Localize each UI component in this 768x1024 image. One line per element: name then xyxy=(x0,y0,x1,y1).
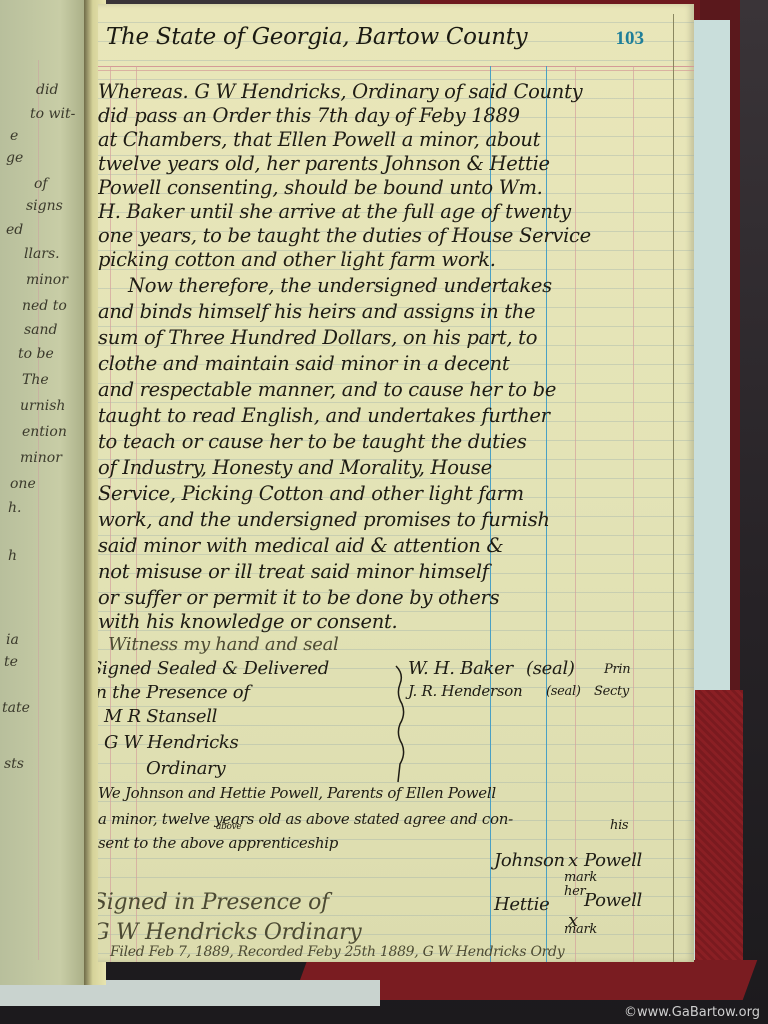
signed-presence-line: Signed in Presence of xyxy=(98,890,329,915)
left-fragment: sts xyxy=(4,756,24,772)
left-fragment: to wit- xyxy=(30,106,75,122)
body-line: twelve years old, her parents Johnson & … xyxy=(98,152,550,175)
left-page-margin-line xyxy=(38,60,39,960)
body-line: sum of Three Hundred Dollars, on his par… xyxy=(98,326,537,349)
left-fragment: signs xyxy=(26,198,63,214)
left-fragment: one xyxy=(10,476,36,492)
watermark: ©www.GaBartow.org xyxy=(624,1005,760,1020)
body-line: Service, Picking Cotton and other light … xyxy=(98,482,524,505)
left-fragment: h. xyxy=(8,500,21,516)
signatory-seal: (seal) xyxy=(546,684,581,699)
left-fragment: urnish xyxy=(20,398,65,414)
body-line: Now therefore, the undersigned undertake… xyxy=(128,274,552,297)
left-page: did to wit- e ge of signs ed llars. mino… xyxy=(0,0,86,985)
body-line: picking cotton and other light farm work… xyxy=(98,248,496,271)
signatory-seal: (seal) xyxy=(526,658,575,679)
page-number: 103 xyxy=(616,28,645,50)
mark-label: mark xyxy=(564,922,597,937)
body-line: at Chambers, that Ellen Powell a minor, … xyxy=(98,128,540,151)
signed-label: Signed Sealed & Delivered xyxy=(98,658,329,679)
body-line: clothe and maintain said minor in a dece… xyxy=(98,352,509,375)
witness-line: Witness my hand and seal xyxy=(108,634,338,655)
column-rule-red xyxy=(575,66,576,962)
consent-line: We Johnson and Hettie Powell, Parents of… xyxy=(98,784,496,802)
body-line: Powell consenting, should be bound unto … xyxy=(98,176,543,199)
mark-label: his xyxy=(610,818,628,833)
left-fragment: of xyxy=(34,176,48,192)
ledger-page: 103 The State of Georgia, Bartow County … xyxy=(98,4,694,962)
body-line: of Industry, Honesty and Morality, House xyxy=(98,456,492,479)
header-rule xyxy=(98,66,694,67)
consent-insert: above xyxy=(216,822,241,832)
page-edge-rule xyxy=(673,14,674,962)
left-fragment: ed xyxy=(6,222,23,238)
left-fragment: llars. xyxy=(24,246,60,262)
signatory-role: Secty xyxy=(594,684,629,699)
body-line: and binds himself his heirs and assigns … xyxy=(98,300,535,323)
mark-label: her xyxy=(564,884,585,899)
left-fragment: ned to xyxy=(22,298,67,314)
body-line: not misuse or ill treat said minor himse… xyxy=(98,560,489,583)
left-fragment: ia xyxy=(6,632,19,648)
body-line: or suffer or permit it to be done by oth… xyxy=(98,586,499,609)
left-fragment: minor xyxy=(20,450,62,466)
body-line: did pass an Order this 7th day of Feby 1… xyxy=(98,104,520,127)
document-heading: The State of Georgia, Bartow County xyxy=(106,24,527,50)
parent-mark: x xyxy=(568,850,578,871)
left-fragment: te xyxy=(4,654,18,670)
left-fragment: minor xyxy=(26,272,68,288)
presence-label: in the Presence of xyxy=(98,682,250,703)
body-line: to teach or cause her to be taught the d… xyxy=(98,430,527,453)
ordinary-signature: G W Hendricks Ordinary xyxy=(98,920,361,945)
parent-signature-last: Powell xyxy=(584,890,642,911)
parent-signature-first: Hettie xyxy=(494,894,549,915)
body-line: work, and the undersigned promises to fu… xyxy=(98,508,550,531)
signatory-role: Prin xyxy=(604,662,630,677)
body-line: taught to read English, and undertakes f… xyxy=(98,404,550,427)
witness-name: M R Stansell xyxy=(104,706,217,727)
consent-line: a minor, twelve years old as above state… xyxy=(98,810,513,828)
body-line: one years, to be taught the duties of Ho… xyxy=(98,224,591,247)
left-fragment: tate xyxy=(2,700,30,716)
parent-signature-first: Johnson xyxy=(494,850,565,871)
witness-title: Ordinary xyxy=(146,758,225,779)
body-line: and respectable manner, and to cause her… xyxy=(98,378,556,401)
book-corner-binding xyxy=(695,690,743,990)
mark-label: mark xyxy=(564,870,597,885)
left-fragment: did xyxy=(36,82,58,98)
body-line: H. Baker until she arrive at the full ag… xyxy=(98,200,571,223)
left-fragment: The xyxy=(22,372,49,388)
signatory-name: J. R. Henderson xyxy=(408,682,522,700)
left-fragment: ge xyxy=(6,150,23,166)
parent-signature-last: Powell xyxy=(584,850,642,871)
column-rule-red xyxy=(633,66,634,962)
consent-line: sent to the above apprenticeship xyxy=(98,834,338,852)
body-line: with his knowledge or consent. xyxy=(98,610,397,633)
left-fragment: ention xyxy=(22,424,67,440)
filed-recorded-line: Filed Feb 7, 1889, Recorded Feby 25th 18… xyxy=(110,944,564,960)
left-fragment: e xyxy=(10,128,18,144)
brace-mark xyxy=(394,664,408,784)
signatory-name: W. H. Baker xyxy=(408,658,513,679)
body-line: said minor with medical aid & attention … xyxy=(98,534,503,557)
left-fragment: h xyxy=(8,548,17,564)
left-fragment: to be xyxy=(18,346,54,362)
left-fragment: sand xyxy=(24,322,58,338)
body-line: Whereas. G W Hendricks, Ordinary of said… xyxy=(98,80,582,103)
witness-name: G W Hendricks xyxy=(104,732,238,753)
header-rule-2 xyxy=(98,70,694,71)
